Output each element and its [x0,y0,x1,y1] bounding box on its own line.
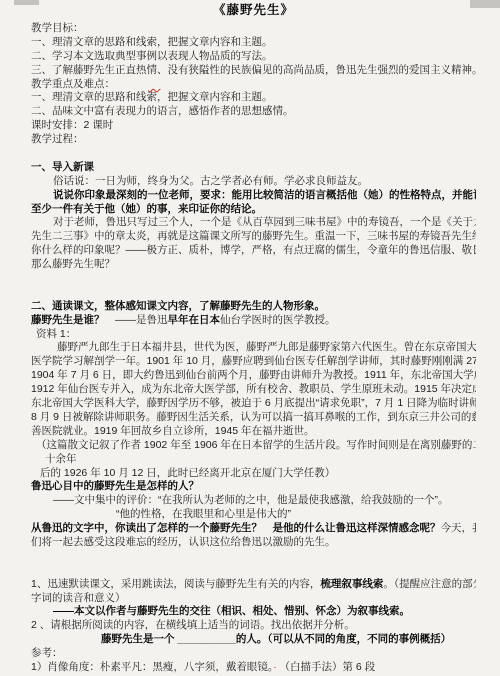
text-run: 先生二三事》中的章太炎，再就是这篇课文所写的藤野先生。重温一下，三味书屋的寿镜吾… [31,230,476,242]
text-line: 8 月 9 日被解除讲师职务。藤野因生活关系，认为可以搞一搞耳鼻喉的工作，到东京… [31,411,476,425]
text-run: 说说你印象最深刻的一位老师，要求：能用比较简洁的语言概括他（她）的性格特点，并能… [53,189,476,201]
text-run: 藤野先生是一个 [101,633,177,645]
text-run: ——本文以作者与藤野先生的交往（相识、相处、惜别、怀念）为叙事线索。 [53,605,410,617]
text-run: 1）肖像角度：朴素平凡：黑瘦，八字须，戴着眼镜。 [31,661,273,673]
text-line: 一、导入新课 [31,161,476,175]
text-line: 一、理清文章的思路和线索，把握文章内容和主题。 [31,91,476,105]
text-run: 。（提醒应注意的部分 [383,578,476,590]
text-line: 1）肖像角度：朴素平凡：黑瘦，八字须，戴着眼镜。· （白描手法）第 6 段 [31,661,476,675]
text-run: 对于老师，鲁迅只写过三个人，一个是《从百草园到三味书屋》中的寿镜吾，一个是《关于… [53,216,476,228]
text-run: 们将一起去感受这段难忘的经历，认识这位给鲁迅以激励的先生。 [31,536,336,548]
text-run: 善医院就业。1919 年回故乡自立诊所，1945 年在福井逝世。 [31,425,315,437]
text-run: 藤野先生是谁？ [31,314,105,326]
text-run: 参考： [31,647,63,659]
text-run: 课时安排：2 课时 [31,119,113,131]
text-run: “他的性格，在我眼里和心里是伟大的” [116,508,291,520]
scanned-lesson-plan-page: 《藤野先生》 教学目标：一、理清文章的思路和线索，把握文章内容和主题。二、学习本… [0,0,500,676]
text-line: 鲁迅心目中的藤野先生是怎样的人？ [31,480,476,494]
text-run: 后的 1926 年 10 月 12 日，此时已经离开北京在厦门大学任教） [40,467,335,479]
text-line: 教学重点及难点： [31,78,476,92]
text-line: 十余年 [31,453,476,467]
text-run: 你什么样的印象呢？——极方正、质朴，博学，严格，有点迂腐的儒生，令童年的鲁迅信服… [31,244,476,256]
text-line: 教学过程： [31,133,476,147]
text-run: 1912 年仙台医专并入，成为东北帝大医学部，所有校舍、教职员、学生原班未动。1… [31,383,476,395]
blank-line [31,564,476,578]
text-line: 对于老师，鲁迅只写过三个人，一个是《从百草园到三味书屋》中的寿镜吾，一个是《关于… [31,216,476,230]
text-line: ——文中集中的评价：“在我所认为老师的之中，他是最使我感激，给我鼓励的一个”。 [31,494,476,508]
text-run: 教学过程： [31,133,84,145]
text-run: 十余年 [45,453,77,465]
text-line: 二、学习本文选取典型事例以表现人物品质的写法。 [31,50,476,64]
text-run: ——文中集中的评价：“在我所认为老师的之中，他是最使我感激，给我鼓励的一个”。 [53,494,449,506]
text-line: 参考： [31,647,476,661]
text-line: 一、理清文章的思路和线索，把握文章内容和主题。 [31,36,476,50]
text-run: （这篇散文记叙了作者 1902 年至 1906 年在日本留学的生活片段。写作时间… [36,439,476,451]
text-run: 俗话说：一日为师，终身为父。古之学者必有师。学必求良师益友。 [53,175,368,187]
text-line: 先生二三事》中的章太炎，再就是这篇课文所写的藤野先生。重温一下，三味书屋的寿镜吾… [31,230,476,244]
text-run: 从鲁迅的文字中，你读出了怎样的一个藤野先生？ 是他的什么让鲁迅这样深情感念呢？ [31,522,441,534]
document-title: 《藤野先生》 [31,2,476,18]
text-line: ——本文以作者与藤野先生的交往（相识、相处、惜别、怀念）为叙事线索。 [31,605,476,619]
text-run: 仙台学医时的医学教授。 [220,314,336,326]
scan-artifact-top-left [14,0,39,5]
text-run: 1904 年 7 月 6 日，即大约鲁迅到仙台前两个月，藤野由讲师升为教授。19… [31,369,476,381]
text-line: 至少一件有关于他（她）的事，来印证你的结论。 [31,203,476,217]
text-line: 说说你印象最深刻的一位老师，要求：能用比较简洁的语言概括他（她）的性格特点，并能… [31,189,476,203]
text-run: ——是鲁迅 [105,314,168,326]
text-line: 藤野先生是一个 __________的人。（可以从不同的角度，不同的事例概括） [31,633,476,647]
text-run: 一、导入新课 [31,161,94,173]
text-run: 三、了解藤野先生正直热情、没有狭隘性的民族偏见的高尚品质，鲁迅先生强烈的爱国主义… [31,64,476,76]
text-run: 1、迅速默读课文，采用跳读法，阅读与藤野先生有关的内容， [31,578,320,590]
text-line: 从鲁迅的文字中，你读出了怎样的一个藤野先生？ 是他的什么让鲁迅这样深情感念呢？今… [31,522,476,536]
text-run: 二、通读课文，整体感知课文内容，了解藤野先生的人物形象。 [31,300,325,312]
text-run: 早年在日本 [168,314,221,326]
text-run: 2 、请根据所阅读的内容，在横线填上适当的词语。找出依据并分析。 [31,619,355,631]
text-line: 东北帝国大学医科大学，藤野因学历不够，被迫于 6 月底提出“请求免职”，7 月 … [31,397,476,411]
text-line: 二、品味文中富有表现力的语言，感悟作者的思想感情。 [31,105,476,119]
text-line: 你什么样的印象呢？——极方正、质朴，博学，严格，有点迂腐的儒生，令童年的鲁迅信服… [31,244,476,258]
text-line: 课时安排：2 课时 [31,119,476,133]
text-line: 藤野先生是谁？ ——是鲁迅早年在日本仙台学医时的医学教授。 [31,314,476,328]
text-run: （白描手法）第 6 段 [280,661,376,673]
text-run: 字词的读音和意义） [31,592,126,604]
text-line: 1、迅速默读课文，采用跳读法，阅读与藤野先生有关的内容，梳理叙事线索。（提醒应注… [31,578,476,592]
text-run: 至少一件有关于他（她）的事，来印证你的结论。 [31,203,262,215]
text-run: 藤野严九郎生于日本福井县，世代为医，藤野严九郎是藤野家第六代医生。曾在东京帝国大… [57,341,476,353]
text-run: 二、品味文中富有表现力的语言，感悟作者的思想感情。 [31,105,294,117]
text-run: 教学重点及难点： [31,78,115,90]
text-line: 字词的读音和意义） [31,592,476,606]
text-line: 善医院就业。1919 年回故乡自立诊所，1945 年在福井逝世。 [31,425,476,439]
text-run: 那么藤野先生呢？ [31,258,115,270]
text-line: 三、了解藤野先生正直热情、没有狭隘性的民族偏见的高尚品质，鲁迅先生强烈的爱国主义… [31,64,476,78]
text-line: 2 、请根据所阅读的内容，在横线填上适当的词语。找出依据并分析。 [31,619,476,633]
text-run: __________ [177,633,235,645]
text-line: 藤野严九郎生于日本福井县，世代为医，藤野严九郎是藤野家第六代医生。曾在东京帝国大… [31,341,476,355]
text-line: 后的 1926 年 10 月 12 日，此时已经离开北京在厦门大学任教） [31,467,476,481]
text-run: 的人。（可以从不同的角度，不同的事例概括） [236,633,451,645]
text-run: 资料 1： [36,328,76,340]
blank-line [31,272,476,286]
text-line: 医学院学习解剖学一年。1901 年 10 月，藤野应聘到仙台医专任解剖学讲师，其… [31,355,476,369]
text-run: 一、理清文章的思路和线索，把握文章内容和主题。 [31,91,273,103]
text-line: 俗话说：一日为师，终身为父。古之学者必有师。学必求良师益友。 [31,175,476,189]
blank-line [31,550,476,564]
text-run: 8 月 9 日被解除讲师职务。藤野因生活关系，认为可以搞一搞耳鼻喉的工作，到东京… [31,411,476,423]
text-line: 二、通读课文，整体感知课文内容，了解藤野先生的人物形象。 [31,300,476,314]
scan-artifact-top-right [470,0,500,8]
text-line: 教学目标： [31,22,476,36]
text-run: 教学目标： [31,22,84,34]
spellcheck-squiggle-mark [148,80,178,88]
text-run: 二、学习本文选取典型事例以表现人物品质的写法。 [31,50,273,62]
blank-line [31,147,476,161]
text-line: 资料 1： [31,328,476,342]
text-run: 梳理叙事线索 [320,578,383,590]
text-line: 1904 年 7 月 6 日，即大约鲁迅到仙台前两个月，藤野由讲师升为教授。19… [31,369,476,383]
text-line: （这篇散文记叙了作者 1902 年至 1906 年在日本留学的生活片段。写作时间… [31,439,476,453]
text-line: “他的性格，在我眼里和心里是伟大的” [31,508,476,522]
document-body: 教学目标：一、理清文章的思路和线索，把握文章内容和主题。二、学习本文选取典型事例… [31,22,476,675]
text-line: 们将一起去感受这段难忘的经历，认识这位给鲁迅以激励的先生。 [31,536,476,550]
text-line: 1912 年仙台医专并入，成为东北帝大医学部，所有校舍、教职员、学生原班未动。1… [31,383,476,397]
text-run: 东北帝国大学医科大学，藤野因学历不够，被迫于 6 月底提出“请求免职”，7 月 … [31,397,476,409]
text-run: 医学院学习解剖学一年。1901 年 10 月，藤野应聘到仙台医专任解剖学讲师，其… [31,355,476,367]
text-run: 鲁迅心目中的藤野先生是怎样的人？ [31,480,199,492]
text-line: 那么藤野先生呢？ [31,258,476,272]
blank-line [31,286,476,300]
text-run: 今天，我 [441,522,477,534]
text-run: 一、理清文章的思路和线索，把握文章内容和主题。 [31,36,273,48]
